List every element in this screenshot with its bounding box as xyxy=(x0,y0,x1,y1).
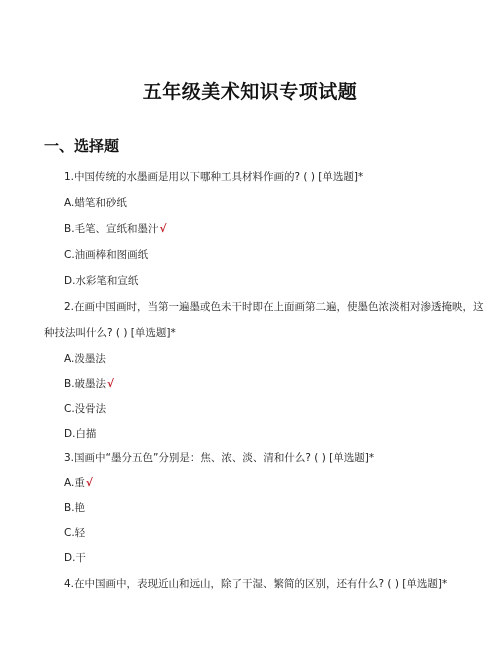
question-1-option-b: B.毛笔、宣纸和墨汁√ xyxy=(64,222,167,236)
question-2-option-d: D.白描 xyxy=(64,427,97,441)
option-label: C.没骨法 xyxy=(64,403,106,415)
correct-check-icon: √ xyxy=(160,223,167,235)
question-1-option-a: A.蜡笔和砂纸 xyxy=(64,196,128,210)
question-2-text-line-1: 2.在画中国画时，当第一遍墨或色未干时即在上面画第二遍，使墨色浓淡相对渗透掩映，… xyxy=(64,300,484,314)
option-label: B.艳 xyxy=(64,502,85,514)
option-label: D.水彩笔和宣纸 xyxy=(64,275,138,287)
option-label: D.干 xyxy=(64,552,86,564)
question-3-option-c: C.轻 xyxy=(64,526,86,540)
question-2-option-a: A.泼墨法 xyxy=(64,352,107,366)
question-2-option-c: C.没骨法 xyxy=(64,402,107,416)
question-3-option-b: B.艳 xyxy=(64,501,86,515)
option-label: A.重 xyxy=(64,477,85,489)
document-page: 五年级美术知识专项试题 一、选择题 1.中国传统的水墨画是用以下哪种工具材料作画… xyxy=(0,0,500,647)
question-3-text: 3.国画中“墨分五色”分别是：焦、浓、淡、清和什么? ( ) [单选题]* xyxy=(64,451,374,465)
option-label: D.白描 xyxy=(64,428,96,440)
correct-check-icon: √ xyxy=(86,477,93,489)
option-label: A.蜡笔和砂纸 xyxy=(64,197,127,209)
section-heading-multiple-choice: 一、选择题 xyxy=(44,135,119,156)
question-3-option-a: A.重√ xyxy=(64,476,93,490)
option-label: C.轻 xyxy=(64,527,85,539)
question-1-option-c: C.油画棒和图画纸 xyxy=(64,248,149,262)
question-4-text: 4.在中国画中，表现近山和远山，除了干湿、繁简的区别，还有什么? ( ) [单选… xyxy=(64,577,447,591)
correct-check-icon: √ xyxy=(107,378,114,390)
question-3-option-d: D.干 xyxy=(64,551,87,565)
document-title: 五年级美术知识专项试题 xyxy=(0,77,500,104)
option-label: C.油画棒和图画纸 xyxy=(64,249,148,261)
question-2-text-line-2: 种技法叫什么? ( ) [单选题]* xyxy=(44,326,176,340)
question-1-option-d: D.水彩笔和宣纸 xyxy=(64,274,139,288)
question-1-text: 1.中国传统的水墨画是用以下哪种工具材料作画的? ( ) [单选题]* xyxy=(64,170,363,184)
question-2-option-b: B.破墨法√ xyxy=(64,377,114,391)
option-label: B.破墨法 xyxy=(64,378,106,390)
option-label: B.毛笔、宣纸和墨汁 xyxy=(64,223,159,235)
option-label: A.泼墨法 xyxy=(64,353,106,365)
